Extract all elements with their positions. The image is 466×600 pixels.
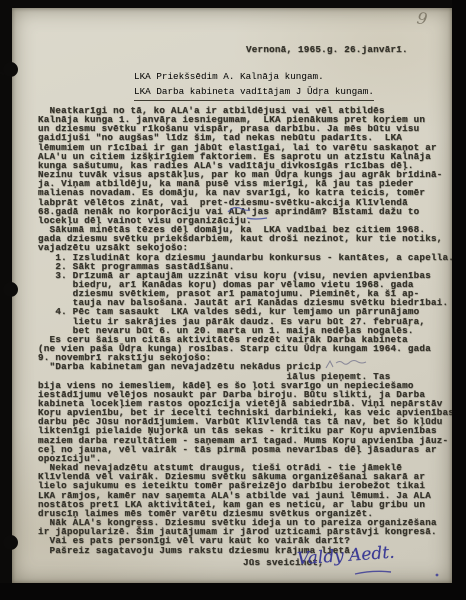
punch-hole — [3, 282, 18, 297]
recipient-line-cabinet-head: LKA Darba kabineta vadītājam J Ūdŗa kung… — [134, 84, 374, 101]
punch-hole — [3, 535, 18, 550]
letter-paragraph: Es ceru šais un citās aktivitātēs redzēt… — [38, 335, 454, 463]
blue-ink-correction-mark — [225, 204, 273, 222]
letter-paragraph: Nekad nevajadzētu atstumt draugus, tieši… — [38, 463, 454, 518]
signature-underline-flourish — [353, 566, 443, 580]
letter-body: Neatkarīgi no tā, ko ALA'a ir atbildējus… — [38, 106, 454, 555]
handwritten-signature: Valdy Aedt. — [295, 542, 455, 584]
letter-paragraph: Sākumā minētās tēzes dēļ domāju, ka LKA … — [38, 225, 454, 335]
recipient-line-chairman: LKA Priekšsēdim A. Kalnāja kungam. — [134, 69, 374, 84]
scanned-letter: 9 Vernonā, 1965.g. 26.janvārī. LKA Priek… — [0, 0, 466, 600]
punch-hole — [3, 62, 18, 77]
scan-edge-right — [452, 0, 466, 600]
recipient-block: LKA Priekšsēdim A. Kalnāja kungam. LKA D… — [134, 69, 374, 101]
pencil-insert-mark — [324, 357, 368, 371]
page-number-pencil: 9 — [416, 8, 429, 28]
scan-edge-bottom — [0, 583, 466, 600]
letter-page: 9 Vernonā, 1965.g. 26.janvārī. LKA Priek… — [12, 8, 452, 583]
date-line: Vernonā, 1965.g. 26.janvārī. — [246, 44, 408, 55]
